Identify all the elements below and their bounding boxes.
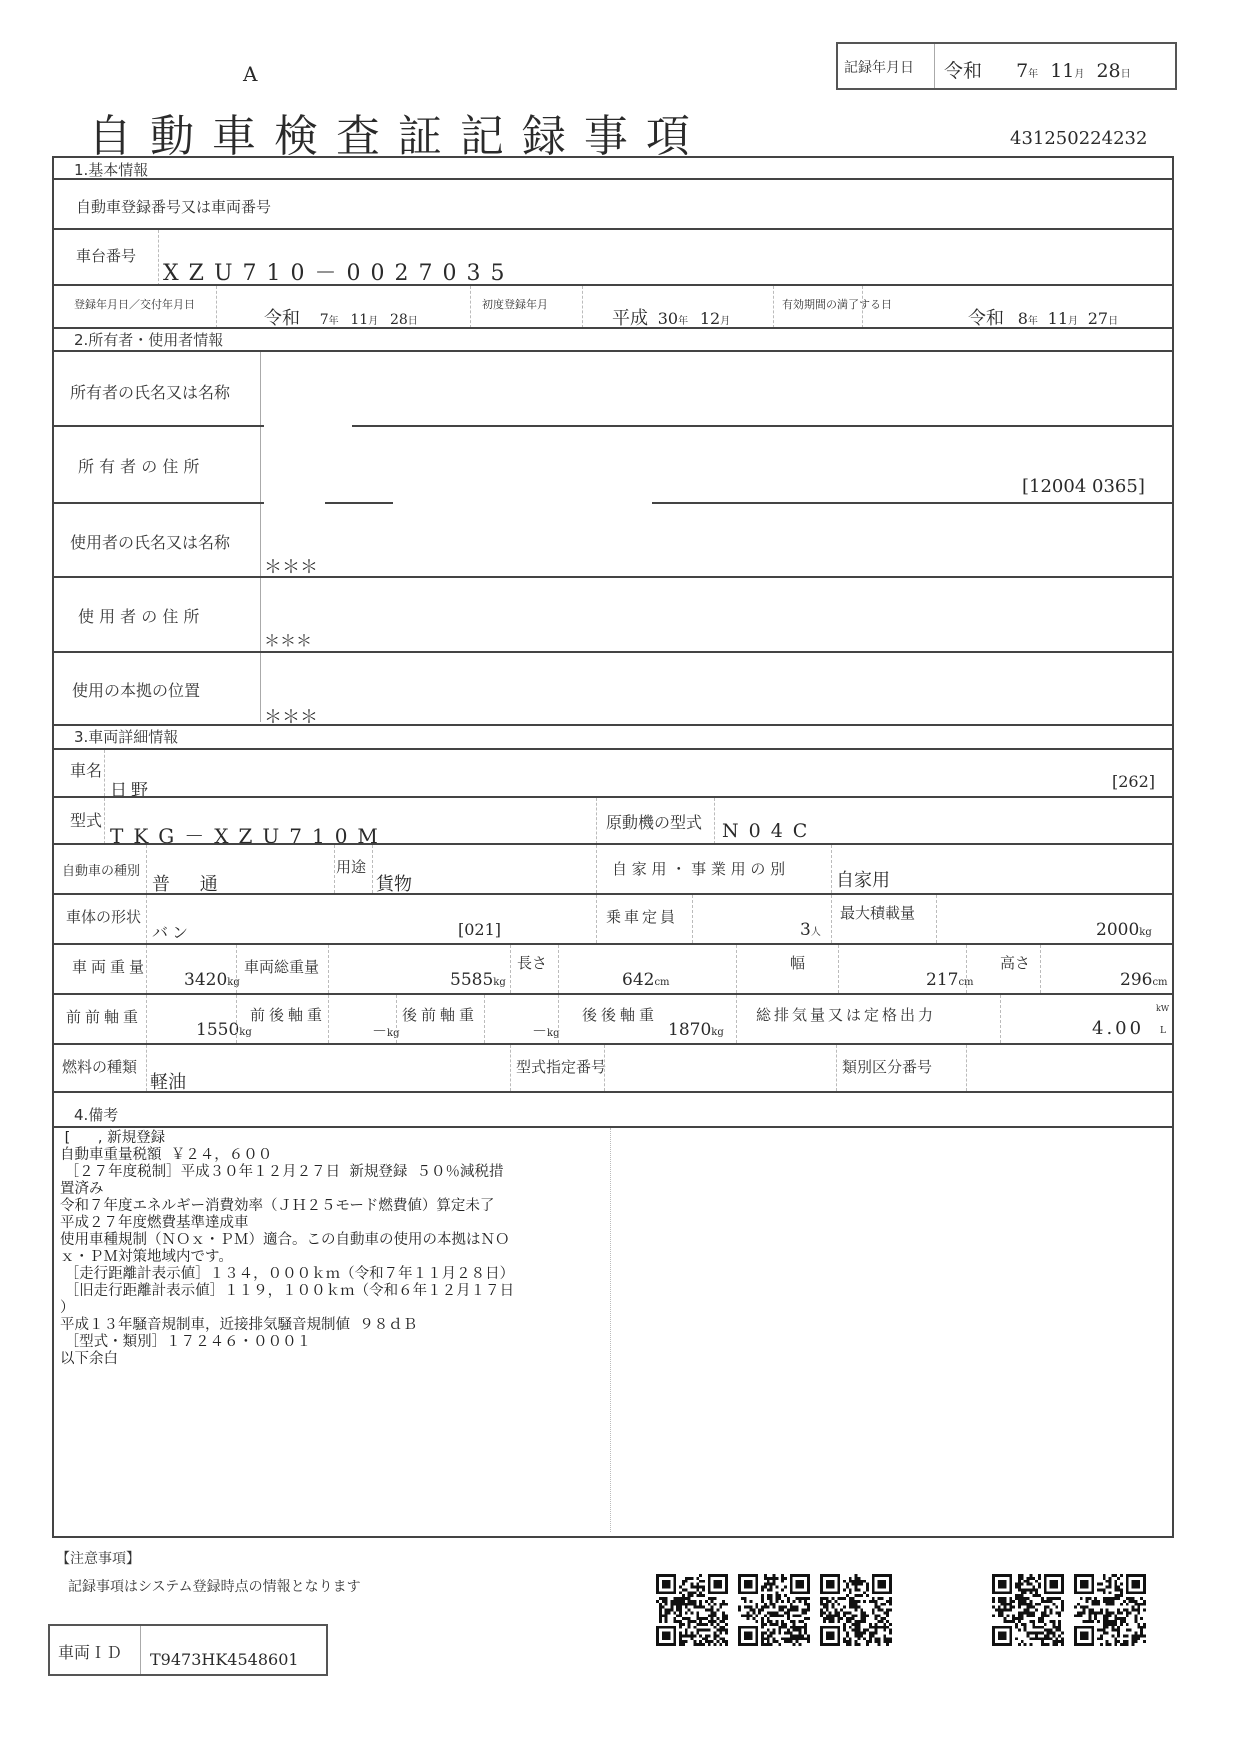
vehicle-id-value: T9473HK4548601 <box>150 1650 299 1669</box>
private-business-label: 自 家 用 ・ 事 業 用 の 別 <box>612 858 785 879</box>
rf-axle-value: －kg <box>532 1020 559 1041</box>
vehicle-weight-label: 車両重量 <box>72 956 148 977</box>
owner-address-label: 所 有 者 の 住 所 <box>78 454 199 477</box>
owner-name-label: 所有者の氏名又は名称 <box>70 380 230 403</box>
qr-code-3 <box>820 1574 892 1646</box>
expiry-date-label: 有効期間の満了する日 <box>782 296 892 312</box>
capacity-label: 乗車定員 <box>606 906 678 927</box>
document-number: 431250224232 <box>1010 128 1147 149</box>
chassis-number-value: XZU710－0027035 <box>163 256 514 287</box>
user-address-label: 使 用 者 の 住 所 <box>78 604 199 627</box>
width-label: 幅 <box>790 952 805 973</box>
registration-date-label: 登録年月日／交付年月日 <box>74 296 195 312</box>
body-shape-label: 車体の形状 <box>66 906 141 927</box>
record-date-box: 記録年月日 令和 7年 11月 28日 <box>836 42 1177 90</box>
record-date-era: 令和 <box>944 60 982 82</box>
qr-code-4 <box>992 1574 1064 1646</box>
fr-axle-label: 前後軸重 <box>250 1004 326 1025</box>
body-shape-value: バン <box>152 920 192 943</box>
user-address-value: ＊＊＊ <box>264 628 312 651</box>
user-name-label: 使用者の氏名又は名称 <box>70 530 230 553</box>
qr-code-2 <box>738 1574 810 1646</box>
qr-code-1 <box>656 1574 728 1646</box>
purpose-label: 用途 <box>336 856 366 877</box>
displacement-label: 総排気量又は定格出力 <box>756 1004 936 1025</box>
vehicle-id-label: 車両ＩＤ <box>58 1640 122 1663</box>
vehicle-name-label: 車名 <box>70 758 102 781</box>
qr-code-5 <box>1074 1574 1146 1646</box>
record-date-label: 記録年月日 <box>844 57 914 77</box>
height-value: 296cm <box>1120 970 1168 990</box>
category-label: 類別区分番号 <box>842 1056 932 1077</box>
notes-text: 記録事項はシステム登録時点の情報となります <box>68 1576 361 1596</box>
capacity-value: 3人 <box>800 920 821 940</box>
body-shape-code: [021] <box>458 920 501 939</box>
displacement-value: 4.00 <box>1092 1018 1144 1039</box>
fuel-label: 燃料の種類 <box>62 1056 137 1077</box>
base-location-label: 使用の本拠の位置 <box>72 678 200 701</box>
private-business-value: 自家用 <box>836 866 890 892</box>
rr-axle-label: 後後軸重 <box>582 1004 658 1025</box>
record-date-value: 令和 7年 11月 28日 <box>944 56 1131 83</box>
max-load-label: 最大積載量 <box>840 902 915 923</box>
vehicle-id-box: 車両ＩＤ T9473HK4548601 <box>48 1624 328 1676</box>
notes-title: 【注意事項】 <box>56 1548 140 1568</box>
record-date-month: 11 <box>1050 60 1074 82</box>
chassis-number-label: 車台番号 <box>76 245 136 266</box>
vehicle-type-label: 自動車の種別 <box>62 860 140 879</box>
length-value: 642cm <box>622 970 670 990</box>
record-date-year: 7 <box>1016 60 1028 82</box>
displacement-unit-l: L <box>1160 1026 1166 1036</box>
section3-title: 3.車両詳細情報 <box>74 726 178 747</box>
type-designation-label: 型式指定番号 <box>516 1056 606 1077</box>
rf-axle-label: 後前軸重 <box>402 1004 478 1025</box>
ff-axle-value: 1550kg <box>196 1020 252 1040</box>
max-load-value: 2000kg <box>1096 920 1152 940</box>
vehicle-name-code: [262] <box>1112 772 1155 791</box>
section1-title: 1.基本情報 <box>74 159 148 180</box>
length-label: 長さ <box>517 952 547 973</box>
ff-axle-label: 前前軸重 <box>66 1006 142 1027</box>
gross-weight-label: 車両総重量 <box>244 956 319 977</box>
registration-number-label: 自動車登録番号又は車両番号 <box>76 196 271 217</box>
first-registration-label: 初度登録年月 <box>482 296 548 312</box>
engine-model-value: N04C <box>722 820 817 842</box>
gross-weight-value: 5585kg <box>450 970 506 990</box>
displacement-unit-kw: kW <box>1156 1004 1169 1013</box>
record-date-day: 28 <box>1096 60 1120 82</box>
form-mark: A <box>243 62 257 86</box>
owner-address-code: [12004 0365] <box>1022 476 1145 497</box>
vehicle-weight-value: 3420kg <box>184 970 240 990</box>
rr-axle-value: 1870kg <box>668 1020 724 1040</box>
remarks-text: [ , 新規登録 自動車重量税額 ￥２４，６００ ［２７年度税制］平成３０年１２… <box>60 1130 514 1368</box>
page-title: 自 動 車 検 査 証 記 録 事 項 <box>88 100 692 164</box>
section4-title: 4.備考 <box>74 1104 118 1125</box>
engine-model-label: 原動機の型式 <box>606 810 702 833</box>
height-label: 高さ <box>1000 952 1030 973</box>
section2-title: 2.所有者・使用者情報 <box>74 329 223 350</box>
model-label: 型式 <box>70 808 102 831</box>
